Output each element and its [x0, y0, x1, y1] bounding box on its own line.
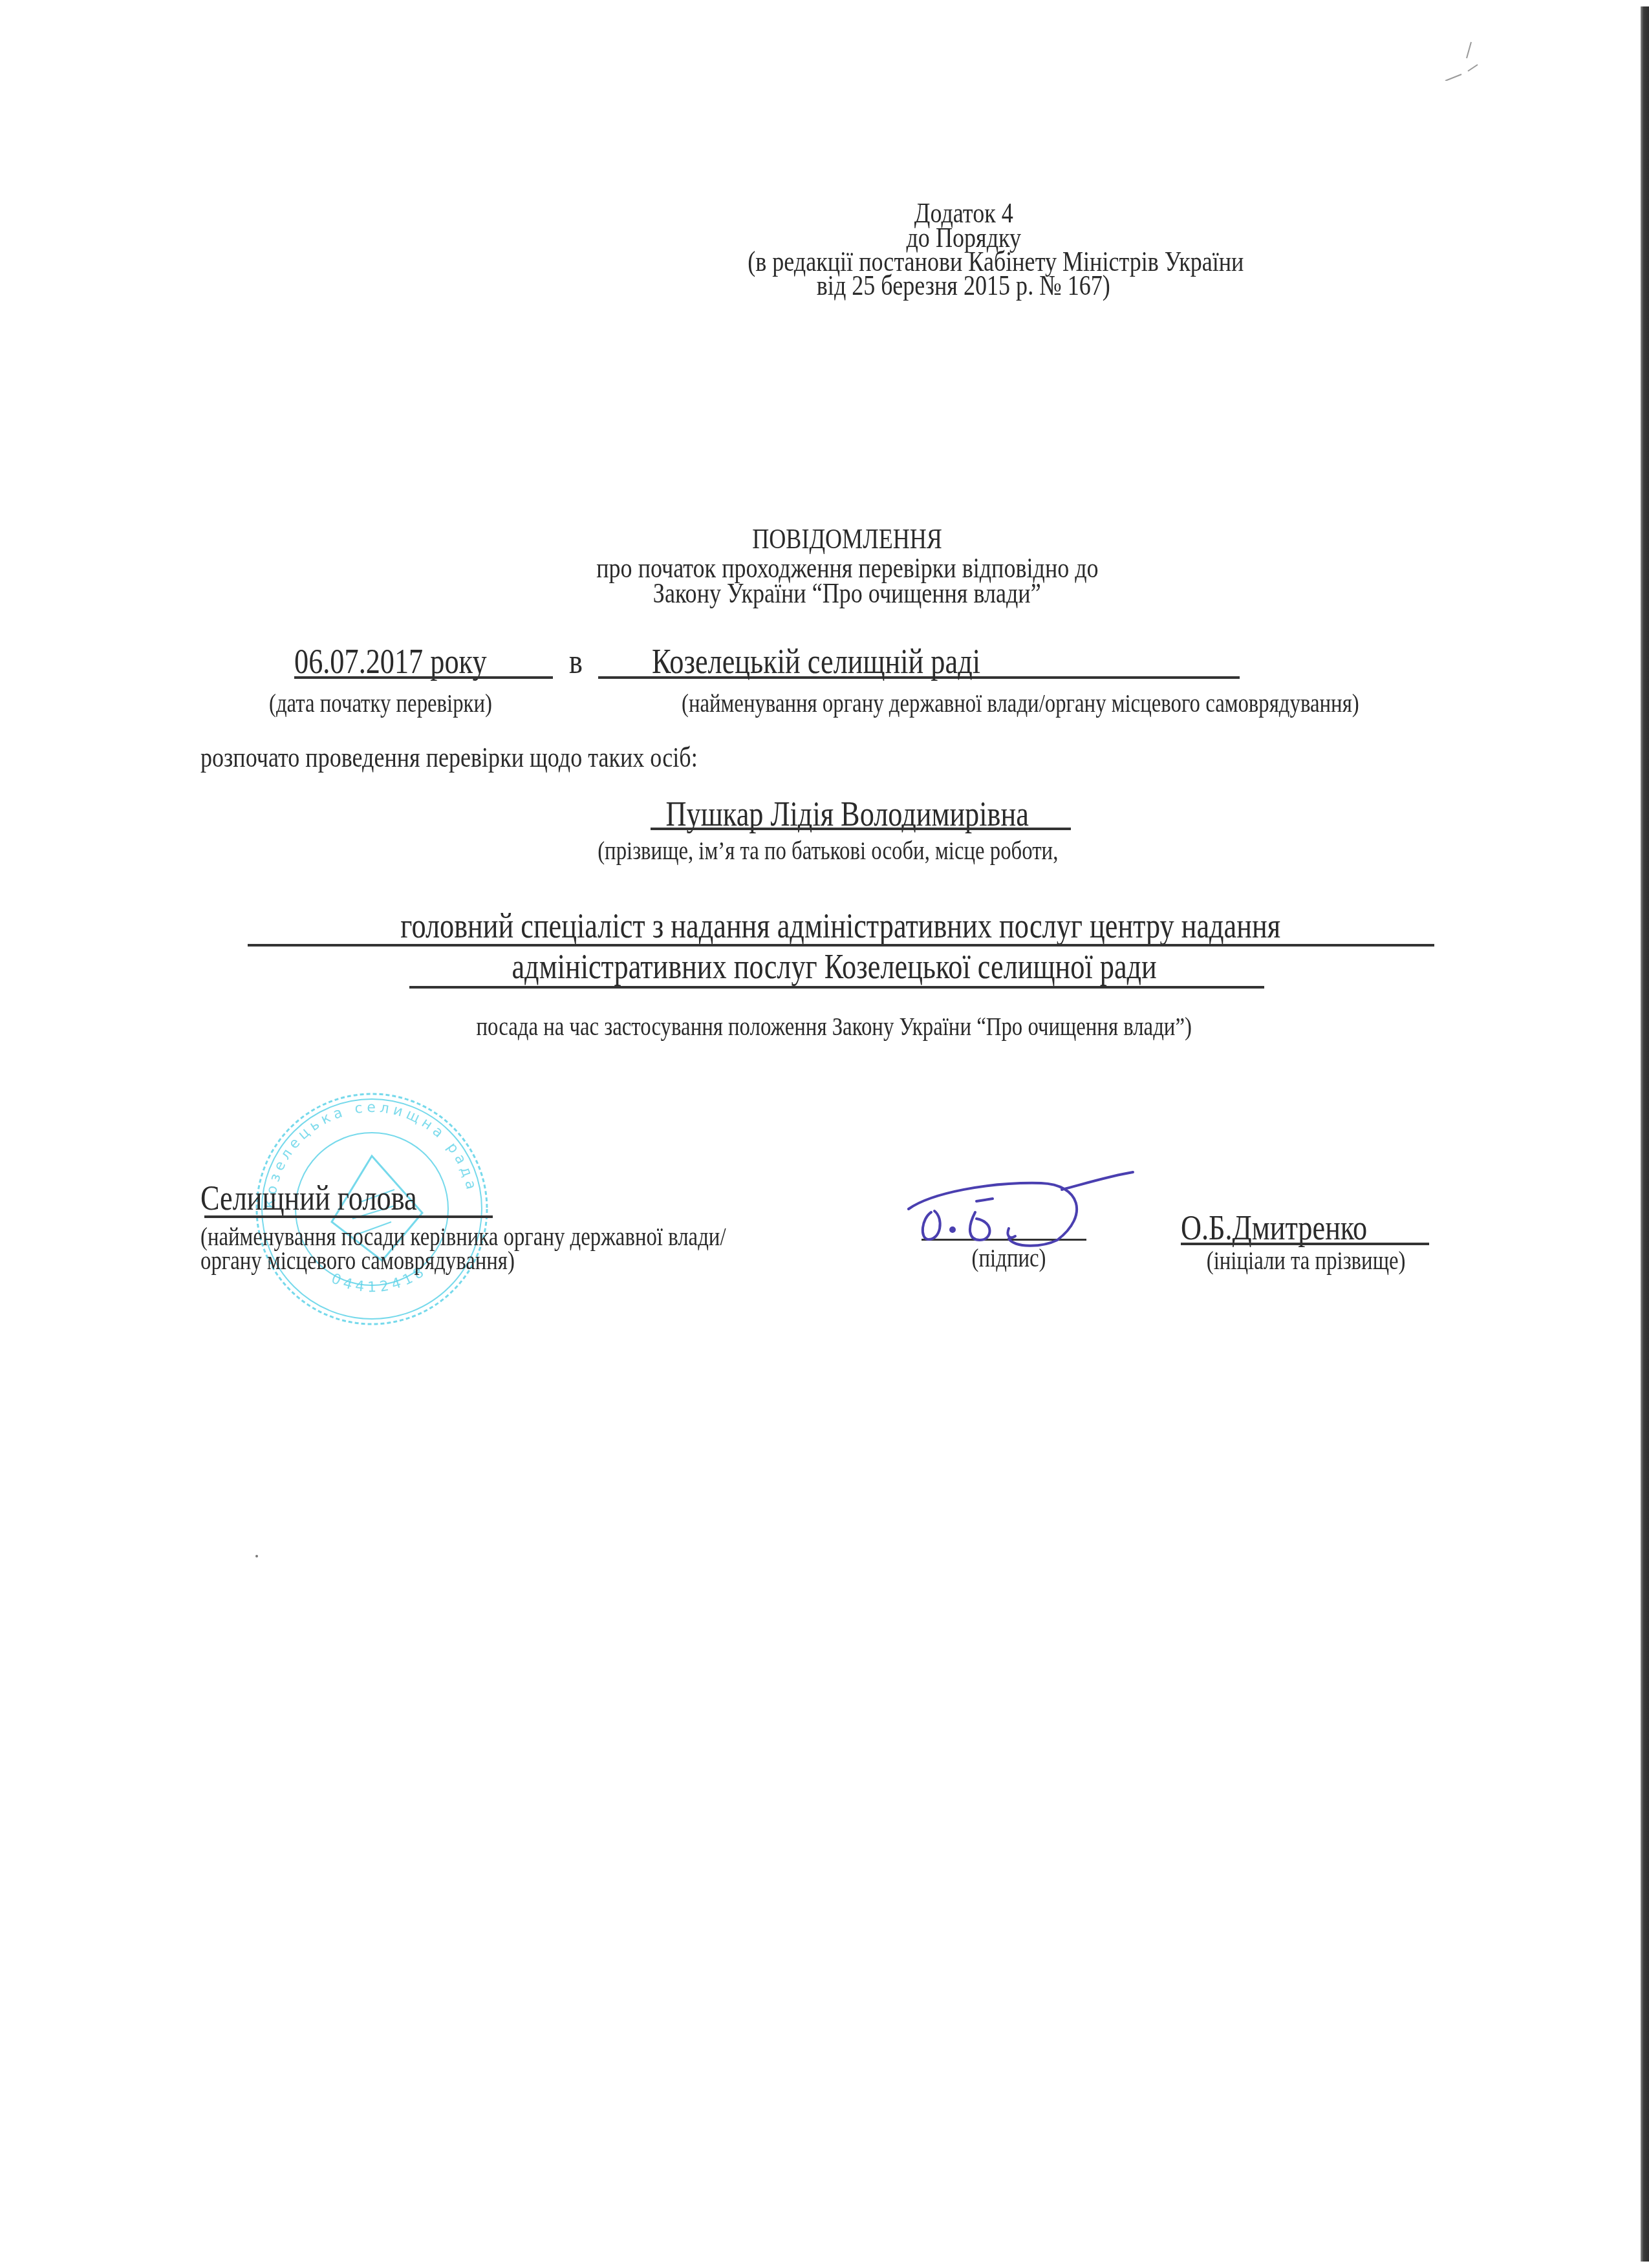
- person-name-label: (прізвище, ім’я та по батькові особи, мі…: [537, 838, 1119, 864]
- appendix-edition-line2: від 25 березня 2015 р. № 167): [705, 272, 1222, 300]
- person-name: Пушкар Лідія Володимирівна: [569, 797, 1125, 831]
- signatory-title-label-line2: органу місцевого самоврядування): [200, 1248, 584, 1274]
- signatory-name: О.Б.Дмитренко: [1181, 1210, 1408, 1245]
- date-underline: [294, 676, 553, 679]
- scan-speck: [255, 1555, 258, 1557]
- position-line1-underline: [248, 944, 1434, 947]
- signature-label: (підпис): [912, 1245, 1106, 1271]
- signatory-title: Селищний голова: [200, 1181, 464, 1215]
- person-name-underline: [651, 828, 1071, 830]
- date-preposition: в: [569, 644, 586, 679]
- date-label: (дата початку перевірки): [269, 690, 541, 716]
- signatory-name-label: (ініціали та прізвище): [1183, 1248, 1429, 1274]
- person-position-line1: головний спеціаліст з надання адміністра…: [168, 908, 1513, 943]
- handwritten-signature-icon: [892, 1157, 1138, 1254]
- person-position-label: посада на час застосування положення Зак…: [362, 1014, 1306, 1040]
- check-start-date: 06.07.2017 року: [294, 644, 529, 679]
- intro-text: розпочато проведення перевірки щодо таки…: [200, 744, 806, 772]
- authority-label: (найменування органу державної влади/орг…: [682, 690, 1508, 716]
- signatory-name-underline: [1181, 1243, 1429, 1245]
- document-subtitle-line2: Закону України “Про очищення влади”: [524, 579, 1170, 608]
- document-title: ПОВІДОМЛЕННЯ: [647, 525, 1048, 553]
- person-position-line2: адміністративних послуг Козелецької сели…: [362, 949, 1306, 984]
- position-line2-underline: [409, 986, 1264, 989]
- scan-mark: [1442, 36, 1494, 81]
- scanner-edge: [1641, 6, 1649, 2262]
- signatory-title-underline: [204, 1215, 493, 1218]
- authority-name: Козелецькій селищній раді: [652, 644, 1052, 679]
